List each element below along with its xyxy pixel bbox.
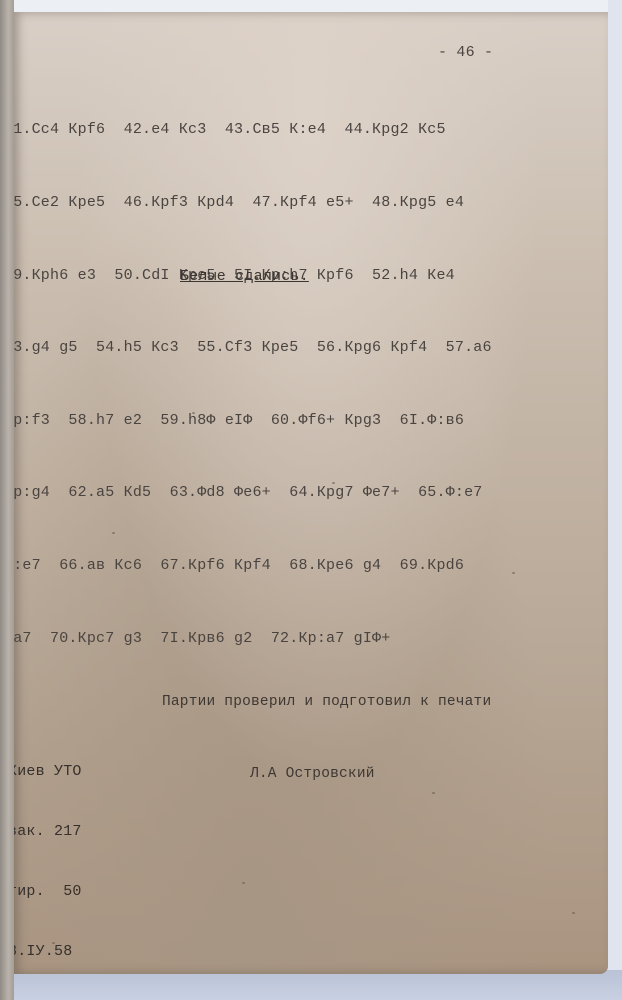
moves-line: Кp:g4 62.а5 Кd5 63.Фd8 Фе6+ 64.Кpg7 Фе7+…	[12, 481, 492, 505]
moves-line: 41.Сс4 Кpf6 42.е4 Кс3 43.Св5 К:е4 44.Кpg…	[12, 118, 492, 142]
imprint: Киев УТО зак. 217 тир. 50 8.IУ.58	[12, 722, 82, 974]
imprint-order: зак. 217	[12, 822, 82, 842]
imprint-print-run: тир. 50	[12, 882, 82, 902]
game-result: Белые сдались.	[180, 268, 309, 285]
background-right	[608, 0, 622, 1000]
imprint-date: 8.IУ.58	[12, 942, 82, 962]
page-number: - 46 -	[438, 44, 493, 61]
chess-moves: 41.Сс4 Кpf6 42.е4 Кс3 43.Св5 К:е4 44.Кpg…	[12, 70, 492, 699]
moves-line: Кp:f3 58.h7 е2 59.h8Ф еIФ 60.Фf6+ Кpg3 6…	[12, 409, 492, 433]
imprint-city: Киев УТО	[12, 762, 82, 782]
credits: Партии проверил и подготовил к печати Л.…	[162, 642, 491, 834]
credits-author: Л.А Островский	[162, 762, 491, 786]
background-bottom	[0, 970, 622, 1000]
binding-spine	[0, 0, 14, 1000]
moves-line: 53.g4 g5 54.h5 Кс3 55.Сf3 Кpе5 56.Кpg6 К…	[12, 336, 492, 360]
moves-line: К:е7 66.ав Кс6 67.Кpf6 Кpf4 68.Кpе6 g4 6…	[12, 554, 492, 578]
typewritten-page: - 46 - 41.Сс4 Кpf6 42.е4 Кс3 43.Св5 К:е4…	[12, 12, 608, 974]
moves-line: 45.Се2 Кpе5 46.Кpf3 Кpd4 47.Кpf4 е5+ 48.…	[12, 191, 492, 215]
credits-line: Партии проверил и подготовил к печати	[162, 690, 491, 714]
